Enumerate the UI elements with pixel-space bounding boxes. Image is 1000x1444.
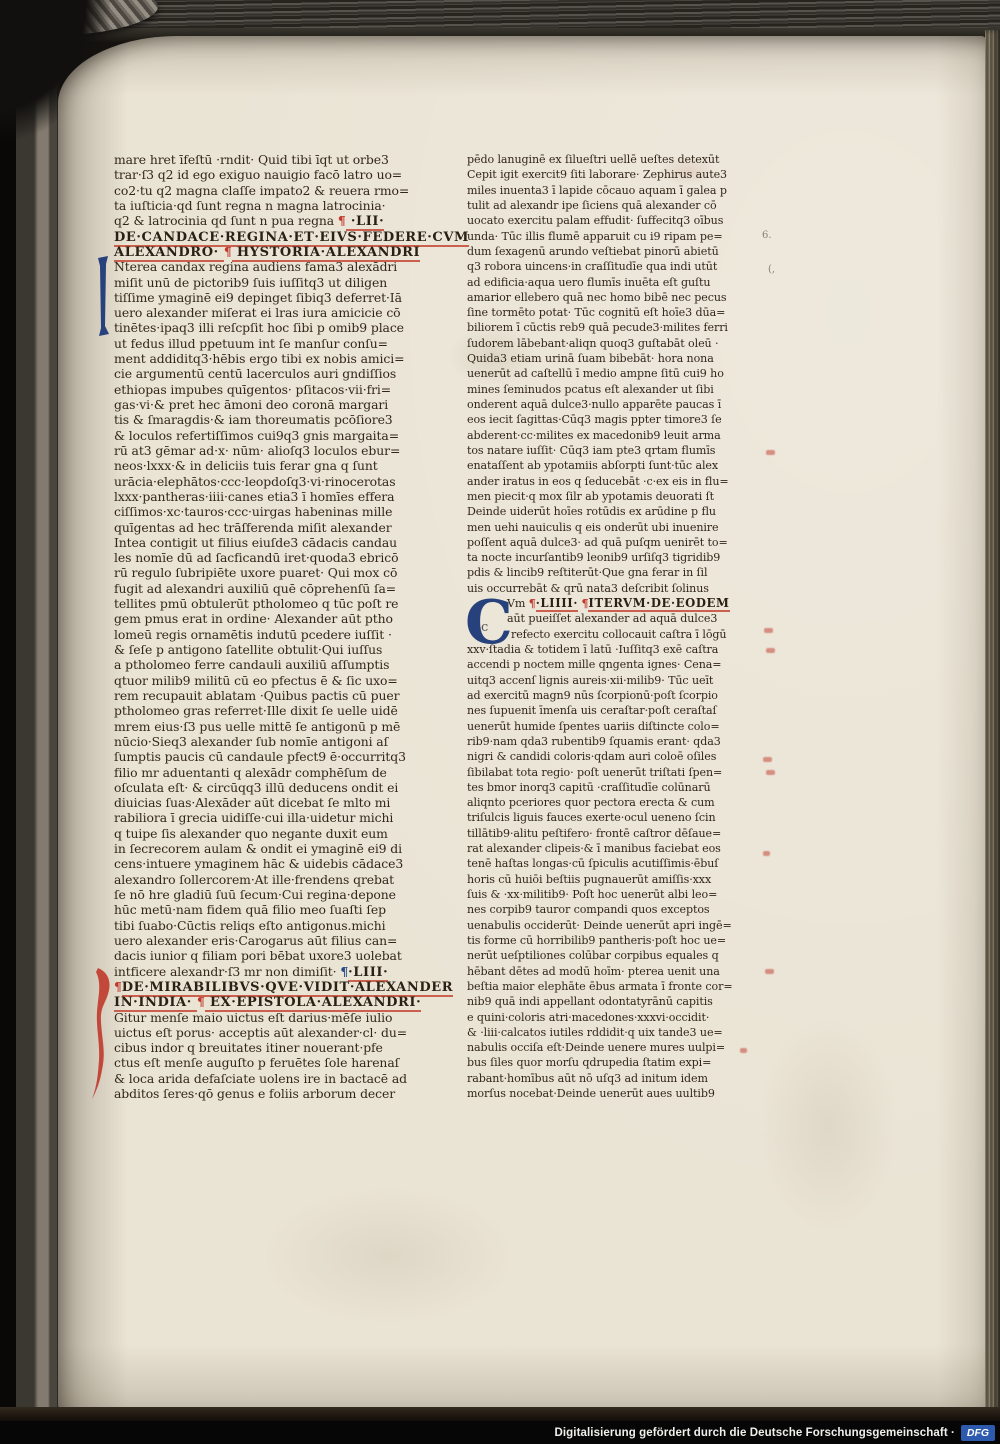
text-line: ſudorem lābebant·aliqn quoq3 guſtabāt ol… (467, 336, 769, 351)
text-line: tenē haſtas longas·cū ſpiculis acutiſſim… (467, 856, 769, 871)
text-line: dum ſexagenū arundo veſtiebat pinorū abi… (467, 244, 769, 259)
text-line: cens·intuere ymaginem hāc & uidebis cāda… (114, 856, 462, 871)
text-line: ſine tormēto potat· Tūc cognitū eſt hoīe… (467, 305, 769, 320)
text-line: ment addiditq3·hēbis ergo tibi ex nobis … (114, 351, 462, 366)
text-line: abderent·cc·milites ex macedonib9 leuit … (467, 428, 769, 443)
red-margin-mark (766, 770, 775, 775)
text-line: tis forme cū horribilib9 pantheris·poſt … (467, 933, 769, 948)
text-line: poſſent aquā dulce3· ad quā puſqm uenirē… (467, 535, 769, 550)
text-line: hūc metū·nam fidem quā filio meo ſuaſti … (114, 902, 462, 917)
text-line: eos iecit ſagittas·Cūq3 magis ppter timo… (467, 412, 769, 427)
red-margin-mark (763, 851, 770, 856)
text-line: fugit ad alexandri auxiliū quē cōprehenſ… (114, 581, 462, 596)
text-line: quīgentas ad hec trāſferenda miſit alexa… (114, 520, 462, 535)
text-line: uenerūt ad caſtellū ī medio ampne ſitū c… (467, 366, 769, 381)
text-line: ſibilabat tota regio· poſt uenerūt triſt… (467, 765, 769, 780)
text-line: & ·liii·calcatos iutiles rddidit·q uix t… (467, 1025, 769, 1040)
text-line: cie argumentū centū lacerculos auri gndi… (114, 366, 462, 381)
handwritten-marginalia: 6. (762, 230, 772, 241)
text-line: Deinde uiderūt hoīes rotūdis ex arūdine … (467, 504, 769, 519)
red-margin-mark (763, 757, 772, 762)
text-line: tiſſime ymaginē ei9 depinget ſibiq3 defe… (114, 290, 462, 305)
text-line: uitq3 accenſ lignis aureis·xii·milib9· T… (467, 673, 769, 688)
text-line: ſe nō hre gladiū ſuū ſecum·Cui regina·de… (114, 887, 462, 902)
text-line: rib9·nam qda3 rubentib9 ſquamis erant· q… (467, 734, 769, 749)
text-line: rū regulo ſubripiēte uxore puaret· Qui m… (114, 565, 462, 580)
text-line: les nomīe dū ad ſacficandū iret·quoda3 e… (114, 550, 462, 565)
text-line: Quida3 etiam urinā ſuam bibebāt· hora no… (467, 351, 769, 366)
book-fore-edge (985, 30, 1000, 1421)
text-line: gem pmus erat in ordine· Alexander aūt p… (114, 611, 462, 626)
text-line: cibus indor q breuitates itiner nouerant… (114, 1040, 462, 1055)
text-line: uenabulis occiderūt· Deinde uenerūt apri… (467, 918, 769, 933)
text-line: co2·tu q2 magna claſſe impato2 & reuera … (114, 183, 462, 198)
text-line: ciſſimos·xc·tauros·ccc·uirgas habeninas … (114, 504, 462, 519)
text-line: tes bmor inorq3 capitū ·craſſitudīe colū… (467, 780, 769, 795)
digitization-footer-bar: Digitalisierung gefördert durch die Deut… (0, 1421, 1000, 1444)
blue-initial-i (95, 256, 111, 336)
text-line: beſtia maior elephāte ēbus armata ī fron… (467, 979, 769, 994)
text-line: uocato exercitu palam effudit· ſuffecitq… (467, 213, 769, 228)
text-line: & loculos refertiſſimos cui9q3 gnis marg… (114, 428, 462, 443)
text-line: rat alexander clipeis·& ī manibus facieb… (467, 841, 769, 856)
text-line: dacis iunior q filiam pori bēbat uxore3 … (114, 948, 462, 963)
red-margin-mark (740, 1048, 747, 1053)
text-line: tulit ad alexandr ipe ſiciens quā alexan… (467, 198, 769, 213)
text-line: tibi ſuabo·Cūctis reliqs eſto antigonus.… (114, 918, 462, 933)
text-line: tos natare iuſſit· Cūq3 iam pte3 qrtam f… (467, 443, 769, 458)
text-line: aliqnto pceriores quor pectora erecta & … (467, 795, 769, 810)
text-line: biliorem ī cūctis reb9 quā pecude3·milit… (467, 320, 769, 335)
text-line: urācia·elephātos·ccc·leopdoſq3·vi·rinoce… (114, 474, 462, 489)
text-line: accendi p noctem mille qngenta ignes· Ce… (467, 657, 769, 672)
text-line: nes ſupuenit īmenſa uis ceraſtar·poſt ce… (467, 703, 769, 718)
red-initial-i-flourish (92, 968, 114, 1100)
text-line: rem recupauit ablatam ·Quibus pactis cū … (114, 688, 462, 703)
red-margin-mark (764, 628, 773, 633)
text-line: hēbant dētes ad modū hoīm· pterea uenit … (467, 964, 769, 979)
text-line: DE·CANDACE·REGINA·ET·EIVS·FEDERE·CVM (114, 229, 462, 244)
text-line: ander iratus in eos q ſeducebāt ·c·ex ei… (467, 474, 769, 489)
text-line: trar·ſ3 q2 id ego exiguo nauigio facō la… (114, 167, 462, 182)
text-line: miles inuenta3 ī lapide cōcauo aquam ī g… (467, 183, 769, 198)
scanned-book-page: mare hret īfeſtū ·rndit· Quid tibi īqt u… (0, 0, 1000, 1444)
red-margin-mark (765, 969, 774, 974)
book-binding-gutter (0, 0, 60, 1444)
book-bottom-edge (0, 1407, 1000, 1421)
text-line: uero alexander eris·Carogarus aūt filius… (114, 933, 462, 948)
text-column-left: mare hret īfeſtū ·rndit· Quid tibi īqt u… (114, 152, 462, 1101)
text-line: miſit unū de pictorib9 ſuis iuſſitq3 ut … (114, 275, 462, 290)
handwritten-marginalia: (, (768, 264, 775, 275)
text-line: nūcio·Sieq3 alexander ſub nomīe antigoni… (114, 734, 462, 749)
text-line: & loca arida defaſciate uolens ire in ba… (114, 1071, 462, 1086)
digitization-credit-text: Digitalisierung gefördert durch die Deut… (554, 1427, 955, 1439)
text-line: ta iuſticia·qd ſunt regna n magna latroc… (114, 198, 462, 213)
text-line: onderent aquā dulce3·nullo apparēte pauc… (467, 397, 769, 412)
text-line: unda· Tūc illis flumē apparuit cu i9 rip… (467, 229, 769, 244)
text-line: IN·INDIA· ¶ EX·EPISTOLA·ALEXANDRI· (114, 994, 462, 1009)
text-line: diuicias ſuas·Alexāder aūt dicebat ſe ml… (114, 795, 462, 810)
text-line: tillātib9·alitu peſtifero· frontē caſtro… (467, 826, 769, 841)
text-line: rū at3 gēmar ad·x· nūm· alioſq3 loculos … (114, 443, 462, 458)
text-line: filio mr aduentanti q alexādr comphēſum … (114, 765, 462, 780)
text-line: lomeū regis ornamētis indutū pcedere iuſ… (114, 627, 462, 642)
text-line: ta nocte incurſantib9 leonib9 urſiſq3 ti… (467, 550, 769, 565)
text-line: nib9 quā indi appellant odontatyrānū cap… (467, 994, 769, 1009)
text-line: Cepit igit exercit9 ſiti laborare· Zephi… (467, 167, 769, 182)
text-line: qtuor milib9 militū cū eo pfectus ē & ſi… (114, 673, 462, 688)
text-line: tinētes·ipaq3 illi reſcpſit hoc ſibi p o… (114, 320, 462, 335)
text-line: amarior ellebero quā nec homo bibē nec p… (467, 290, 769, 305)
text-line: triſulcis liguis fauces exerte·ocul uene… (467, 810, 769, 825)
text-line: uenerūt humide ſpentes uariis diſtincte … (467, 719, 769, 734)
text-line: a ptholomeo ferre candauli auxiliū aſſum… (114, 657, 462, 672)
text-line: ad edificia·aqua uero flumīs inuēta eſt … (467, 275, 769, 290)
paper-stain (758, 1016, 898, 1236)
text-line: neos·lxxx·& in deliciis tuis ferar gna q… (114, 458, 462, 473)
text-line: bus ſiles quor morſu qdrupedia ſtatim ex… (467, 1055, 769, 1070)
text-line: ptholomeo gras referret·Ille dixit ſe ue… (114, 703, 462, 718)
text-line: ſuis & ·xx·militib9· Poſt hoc uenerūt al… (467, 887, 769, 902)
text-line: ut fedus illud ppetuum int ſe manſur con… (114, 336, 462, 351)
text-line: mare hret īfeſtū ·rndit· Quid tibi īqt u… (114, 152, 462, 167)
text-line: nes corpib9 tauror compandi quos excepto… (467, 902, 769, 917)
text-line: tellites pmū obtulerūt ptholomeo q tūc p… (114, 596, 462, 611)
text-line: Intea contigit ut filius eiuſde3 cādacis… (114, 535, 462, 550)
text-line: men piecit·q mox ſilr ab ypotamis deuora… (467, 489, 769, 504)
red-margin-mark (766, 648, 775, 653)
text-line: nerūt ueſptiliones colūbar corpibus equa… (467, 948, 769, 963)
text-line: oſculata eſt· & circūqq3 illū deducens o… (114, 780, 462, 795)
text-line: uictus eſt porus· acceptis aūt alexander… (114, 1025, 462, 1040)
text-line: lxxx·pantheras·iiii·canes etia3 ī homīes… (114, 489, 462, 504)
text-line: ſumptis paucis cū candaule pfect9 ē·occu… (114, 749, 462, 764)
text-line: pēdo lanuginē ex ſilueſtri uellē ueſtes … (467, 152, 769, 167)
text-line: gas·vi·& pret hec āmoni deo coronā marga… (114, 397, 462, 412)
red-margin-mark (766, 450, 775, 455)
text-line: e quini·coloris atri·macedones·xxxvi·occ… (467, 1010, 769, 1025)
text-line: abditos ſeres·qō genus e foliis arborum … (114, 1086, 462, 1101)
text-line: in ſecrecorem aulam & ondit ei ymaginē e… (114, 841, 462, 856)
text-line: rabiliora ī grecia uidiſſe·cui illa·uide… (114, 810, 462, 825)
initial-guide-letter: c (481, 620, 488, 635)
text-line: morſus nocebat·Deinde uenerūt aues uulti… (467, 1086, 769, 1101)
text-line: q2 & latrocinia qd ſunt n pua regna ¶ ·L… (114, 213, 462, 228)
text-line: tis & ſmaragdis·& iam thoreumatis pcōſio… (114, 412, 462, 427)
text-line: nabulis occiſa eſt·Deinde uenere mures u… (467, 1040, 769, 1055)
text-line: ad exercitū magn9 nūs ſcorpionū·poſt ſco… (467, 688, 769, 703)
text-line: q3 robora uincens·in craſſitudīe qua ind… (467, 259, 769, 274)
text-line: pdis & lincib9 reſtiterūt·Que gna ferar … (467, 565, 769, 580)
text-line: ALEXANDRO· ¶ HYSTORIA·ALEXANDRI (114, 244, 462, 259)
text-line: mines ſeminudos pcatus eſt alexander ut … (467, 382, 769, 397)
text-line: nigri & candidi coloris·qdam auri coloē … (467, 749, 769, 764)
blue-initial-c: C (465, 594, 513, 652)
paper-stain (258, 1186, 518, 1326)
text-line: mrem eius·ſ3 pus uelle mittē ſe antigonū… (114, 719, 462, 734)
text-line: ethiopas impubes quīgentos· pſitacos·vii… (114, 382, 462, 397)
dfg-logo: DFG (961, 1425, 995, 1441)
text-line: intficere alexandr·ſ3 mr non dimiſit· ¶·… (114, 964, 462, 979)
text-line: uero alexander miſerat ei lras iura amic… (114, 305, 462, 320)
text-line: ctus eſt menſe auguſto p feruētes ſole h… (114, 1055, 462, 1070)
text-line: rabant·homībus aūt nō uſq3 ad initum ide… (467, 1071, 769, 1086)
text-line: ¶DE·MIRABILIBVS·QVE·VIDIT·ALEXANDER (114, 979, 462, 994)
text-line: alexandro ſollercorem·At ille·frendens q… (114, 872, 462, 887)
text-line: & ſeſe p antigono ſatellite obtulit·Qui … (114, 642, 462, 657)
text-line: horis cū huiōi beſtiis pugnauerūt amiſſi… (467, 872, 769, 887)
text-line: enataſſent ab ypotamiis abſorpti ſunt·tū… (467, 458, 769, 473)
text-line: q tuipe ſis alexander quo negante duxit … (114, 826, 462, 841)
text-line: men uehi nauiculis q eis onderūt ubi inu… (467, 520, 769, 535)
